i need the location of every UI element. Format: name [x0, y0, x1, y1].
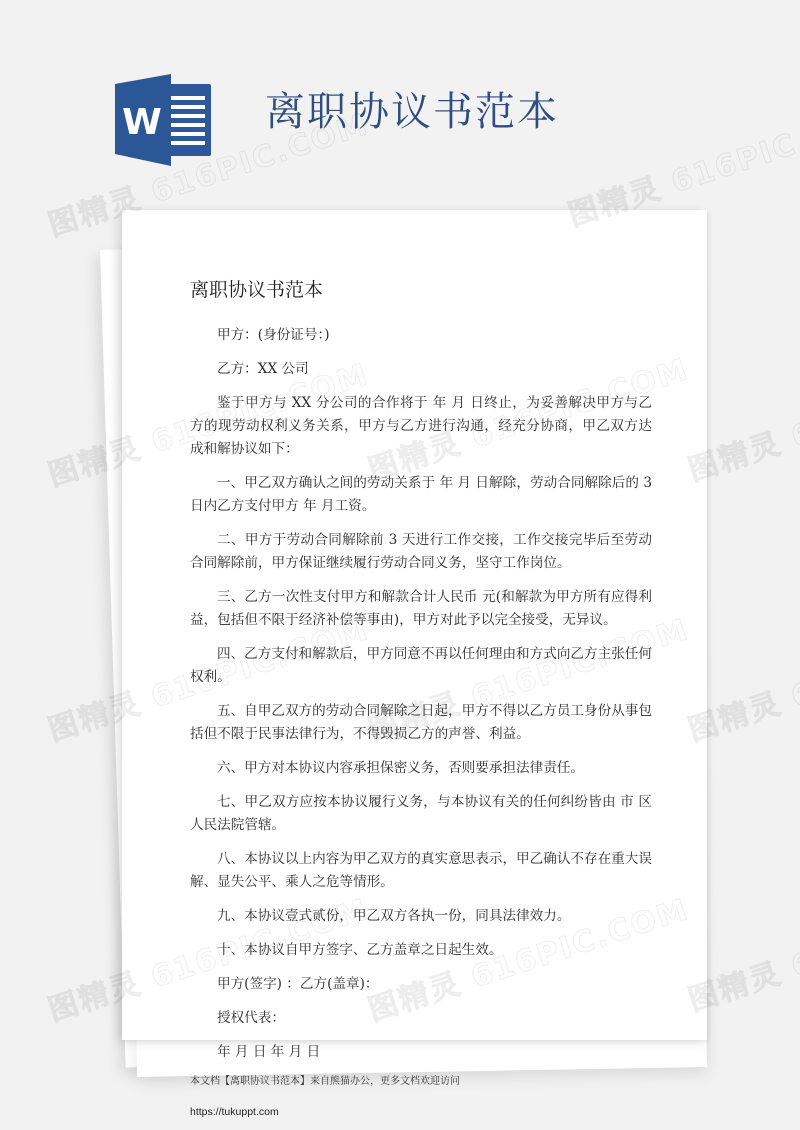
svg-text:W: W — [122, 102, 162, 143]
clause-8: 八、本协议以上内容为甲乙双方的真实意思表示，甲乙确认不存在重大误解、显失公平、乘… — [190, 848, 652, 894]
word-document-icon: W — [113, 74, 213, 166]
date-line: 年 月 日 年 月 日 — [190, 1041, 652, 1064]
source-link[interactable]: https://tukuppt.com — [190, 1105, 652, 1119]
clause-6: 六、甲方对本协议内容承担保密义务，否则要承担法律责任。 — [190, 757, 652, 780]
clause-3: 三、乙方一次性支付甲方和解款合计人民币 元(和解款为甲方所有应得利益，包括但不限… — [190, 586, 652, 632]
clause-9: 九、本协议壹式贰份，甲乙双方各执一份，同具法律效力。 — [190, 905, 652, 928]
page-title: 离职协议书范本 — [265, 88, 559, 136]
document-body: 离职协议书范本 甲方：(身份证号：) 乙方：XX 公司 鉴于甲方与 XX 分公司… — [190, 276, 652, 1119]
clause-5: 五、自甲乙双方的劳动合同解除之日起，甲方不得以乙方员工身份从事包括但不限于民事法… — [190, 700, 652, 746]
clause-7: 七、甲乙双方应按本协议履行义务，与本协议有关的任何纠纷皆由 市 区人民法院管辖。 — [190, 791, 652, 837]
party-b-line: 乙方：XX 公司 — [190, 358, 652, 381]
document-title: 离职协议书范本 — [190, 276, 652, 304]
clause-1: 一、甲乙双方确认之间的劳动关系于 年 月 日解除，劳动合同解除后的 3 日内乙方… — [190, 472, 652, 518]
preamble-paragraph: 鉴于甲方与 XX 分公司的合作将于 年 月 日终止，为妥善解决甲方与乙方的现劳动… — [190, 392, 652, 461]
clause-4: 四、乙方支付和解款后，甲方同意不再以任何理由和方式向乙方主张任何权利。 — [190, 643, 652, 689]
document-page: 离职协议书范本 甲方：(身份证号：) 乙方：XX 公司 鉴于甲方与 XX 分公司… — [122, 210, 707, 1040]
authorized-rep-line: 授权代表： — [190, 1007, 652, 1030]
clause-10: 十、本协议自甲方签字、乙方盖章之日起生效。 — [190, 939, 652, 962]
source-note: 本文档【离职协议书范本】来自熊猫办公，更多文档欢迎访问 — [190, 1075, 652, 1089]
party-a-line: 甲方：(身份证号：) — [190, 324, 652, 347]
signature-line: 甲方(签字) ：乙方(盖章)： — [190, 973, 652, 996]
clause-2: 二、甲方于劳动合同解除前 3 天进行工作交接，工作交接完毕后至劳动合同解除前，甲… — [190, 529, 652, 575]
